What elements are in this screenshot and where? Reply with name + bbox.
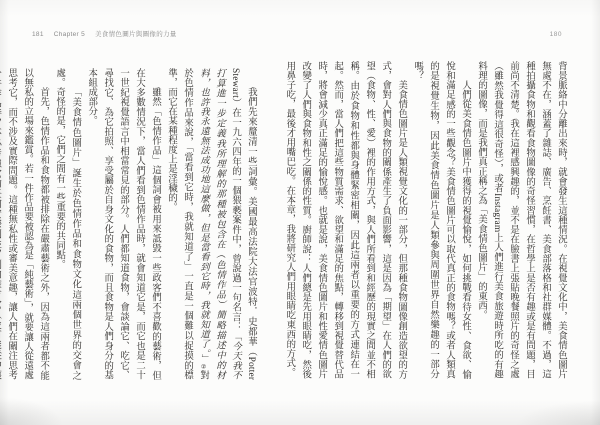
paragraph-text: 首先，色情作品和食物都被排除在嚴肅藝術之外，因為這兩者都不能以無私的立場來鑑賞。… — [0, 68, 48, 380]
paragraph: 首先，色情作品和食物都被排除在嚴肅藝術之外，因為這兩者都不能以無私的立場來鑑賞。… — [0, 68, 50, 380]
page-180: 180 背景脈絡中分離出來時，就會發生這種情況。在視覺文化中，美食情色圖片無處不… — [300, 0, 600, 425]
paragraph: 雖然「色情作品」這個詞會被用來詆毀一些政客們不喜歡的藝術，但在大多數情況下，當人… — [82, 68, 162, 380]
page-181: 181Chapter 5美食情色圖片與圖像的力量 我們先來釐清一些詞彙。美國最高… — [0, 0, 300, 425]
paragraph: 人們從美食情色圖片中獲得的視覺愉悅，如何挑戰看待女性、食欲、愉悅和滿足感的一些觀… — [408, 61, 472, 379]
page-number-left: 181 — [32, 31, 44, 38]
paragraph: 「美食情色圖片」誕生於色情作品和食物文化這兩個世界的交會之處。奇怪的是，它們之間… — [50, 68, 82, 380]
running-head: 181Chapter 5美食情色圖片與圖像的力量 — [32, 29, 177, 38]
book-spread: 180 背景脈絡中分離出來時，就會發生這種情況。在視覺文化中，美食情色圖片無處不… — [0, 0, 600, 425]
chapter-title: 美食情色圖片與圖像的力量 — [95, 31, 177, 38]
paragraph: 我們先來釐清一些詞彙。美國最高法院大法官波特．史都華（Potter Stewar… — [162, 68, 258, 380]
chapter-label: Chapter 5 — [54, 31, 85, 38]
text-block-right: 背景脈絡中分離出來時，就會發生這種情況。在視覺文化中，美食情色圖片無處不在，涵蓋… — [280, 61, 568, 379]
text-block-left: 我們先來釐清一些詞彙。美國最高法院大法官波特．史都華（Potter Stewar… — [0, 68, 258, 380]
page-number-right: 180 — [550, 31, 562, 38]
paragraph: 背景脈絡中分離出來時，就會發生這種情況。在視覺文化中，美食情色圖片無處不在，涵蓋… — [472, 61, 568, 379]
